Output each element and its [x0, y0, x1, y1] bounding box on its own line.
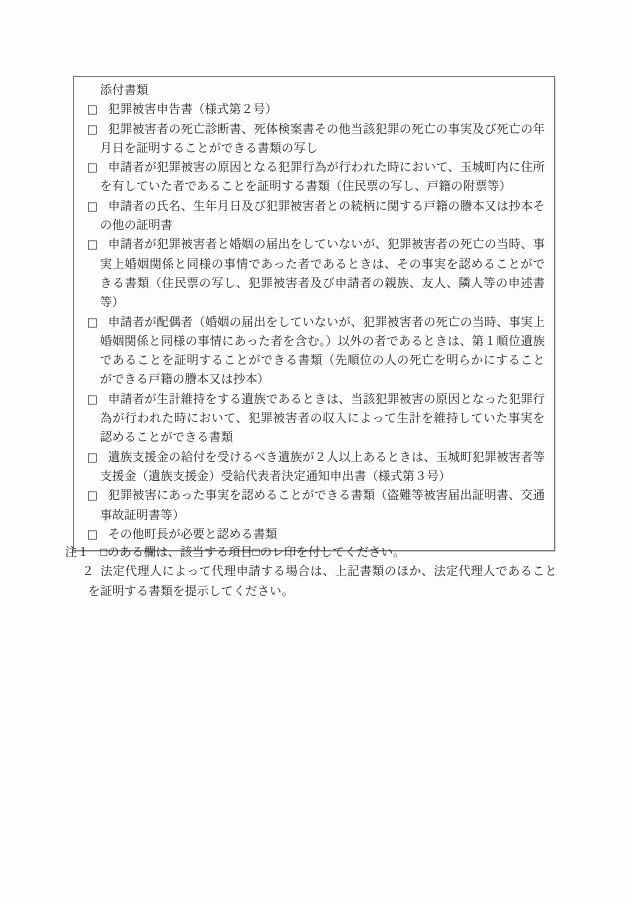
checklist-item-text: 申請者が配偶者（婚姻の届出をしていないが、犯罪被害者の死亡の当時、事実上婚姻関係… — [100, 315, 545, 387]
checklist-item: □犯罪被害申告書（様式第２号） — [100, 100, 545, 119]
checklist-item: □犯罪被害にあった事実を認めることができる書類（盗難等被害届出証明書、交通事故証… — [100, 486, 545, 525]
checklist-item-text: 犯罪被害者の死亡診断書、死体検案書その他当該犯罪の死亡の事実及び死亡の年月日を証… — [100, 122, 545, 155]
box-title: 添付書類 — [100, 81, 545, 100]
checklist-item-text: その他町長が必要と認める書類 — [108, 527, 277, 541]
checklist-item: □申請者が犯罪被害者と婚姻の届出をしていないが、犯罪被害者の死亡の当時、事実上婚… — [100, 235, 545, 312]
document-page: 添付書類 □犯罪被害申告書（様式第２号） □犯罪被害者の死亡診断書、死体検案書そ… — [0, 0, 630, 903]
note-2: ２法定代理人によって代理申請する場合は、上記書類のほか、法定代理人であることを証… — [88, 562, 557, 601]
checkbox-icon: □ — [87, 199, 98, 213]
checklist-item: □その他町長が必要と認める書類 — [100, 525, 545, 544]
checkbox-icon: □ — [87, 315, 98, 329]
checklist-item: □申請者が配偶者（婚姻の届出をしていないが、犯罪被害者の死亡の当時、事実上婚姻関… — [100, 313, 545, 390]
note-2-label: ２ — [82, 564, 94, 578]
checkbox-icon: □ — [87, 527, 98, 541]
checklist-item: □犯罪被害者の死亡診断書、死体検案書その他当該犯罪の死亡の事実及び死亡の年月日を… — [100, 120, 545, 159]
checkbox-icon: □ — [87, 122, 98, 136]
checkbox-icon: □ — [87, 450, 98, 464]
checkbox-icon: □ — [87, 488, 98, 502]
checkbox-icon: □ — [87, 160, 98, 174]
checklist-item: □申請者の氏名、生年月日及び犯罪被害者との続柄に関する戸籍の謄本又は抄本その他の… — [100, 197, 545, 236]
attached-documents-box: 添付書類 □犯罪被害申告書（様式第２号） □犯罪被害者の死亡診断書、死体検案書そ… — [73, 76, 555, 551]
checklist-item: □遺族支援金の給付を受けるべき遺族が２人以上あるときは、玉城町犯罪被害者等支援金… — [100, 448, 545, 487]
checklist-item: □申請者が生計維持をする遺族であるときは、当該犯罪被害の原因となった犯罪行為が行… — [100, 390, 545, 448]
checkbox-icon: □ — [87, 102, 98, 116]
checklist-item-text: 犯罪被害申告書（様式第２号） — [108, 102, 277, 116]
footnotes: 注１□のある欄は、該当する項目□のレ印を付してください。 ２法定代理人によって代… — [65, 543, 557, 601]
checklist-item-text: 申請者が犯罪被害者と婚姻の届出をしていないが、犯罪被害者の死亡の当時、事実上婚姻… — [100, 237, 545, 309]
checklist-item-text: 申請者の氏名、生年月日及び犯罪被害者との続柄に関する戸籍の謄本又は抄本その他の証… — [100, 199, 545, 232]
checklist-item: □申請者が犯罪被害の原因となる犯罪行為が行われた時において、玉城町内に住所を有し… — [100, 158, 545, 197]
checklist-item-text: 申請者が生計維持をする遺族であるときは、当該犯罪被害の原因となった犯罪行為が行わ… — [100, 392, 545, 445]
checkbox-icon: □ — [87, 237, 98, 251]
note-1-text: □のある欄は、該当する項目□のレ印を付してください。 — [100, 543, 557, 562]
note-1-label: 注１ — [65, 543, 100, 562]
checklist-item-text: 申請者が犯罪被害の原因となる犯罪行為が行われた時において、玉城町内に住所を有して… — [100, 160, 545, 193]
note-2-text: 法定代理人によって代理申請する場合は、上記書類のほか、法定代理人であることを証明… — [88, 564, 557, 597]
checkbox-icon: □ — [87, 392, 98, 406]
note-1: 注１□のある欄は、該当する項目□のレ印を付してください。 — [65, 543, 557, 562]
checklist-item-text: 遺族支援金の給付を受けるべき遺族が２人以上あるときは、玉城町犯罪被害者等支援金（… — [100, 450, 545, 483]
checklist-item-text: 犯罪被害にあった事実を認めることができる書類（盗難等被害届出証明書、交通事故証明… — [100, 488, 545, 521]
